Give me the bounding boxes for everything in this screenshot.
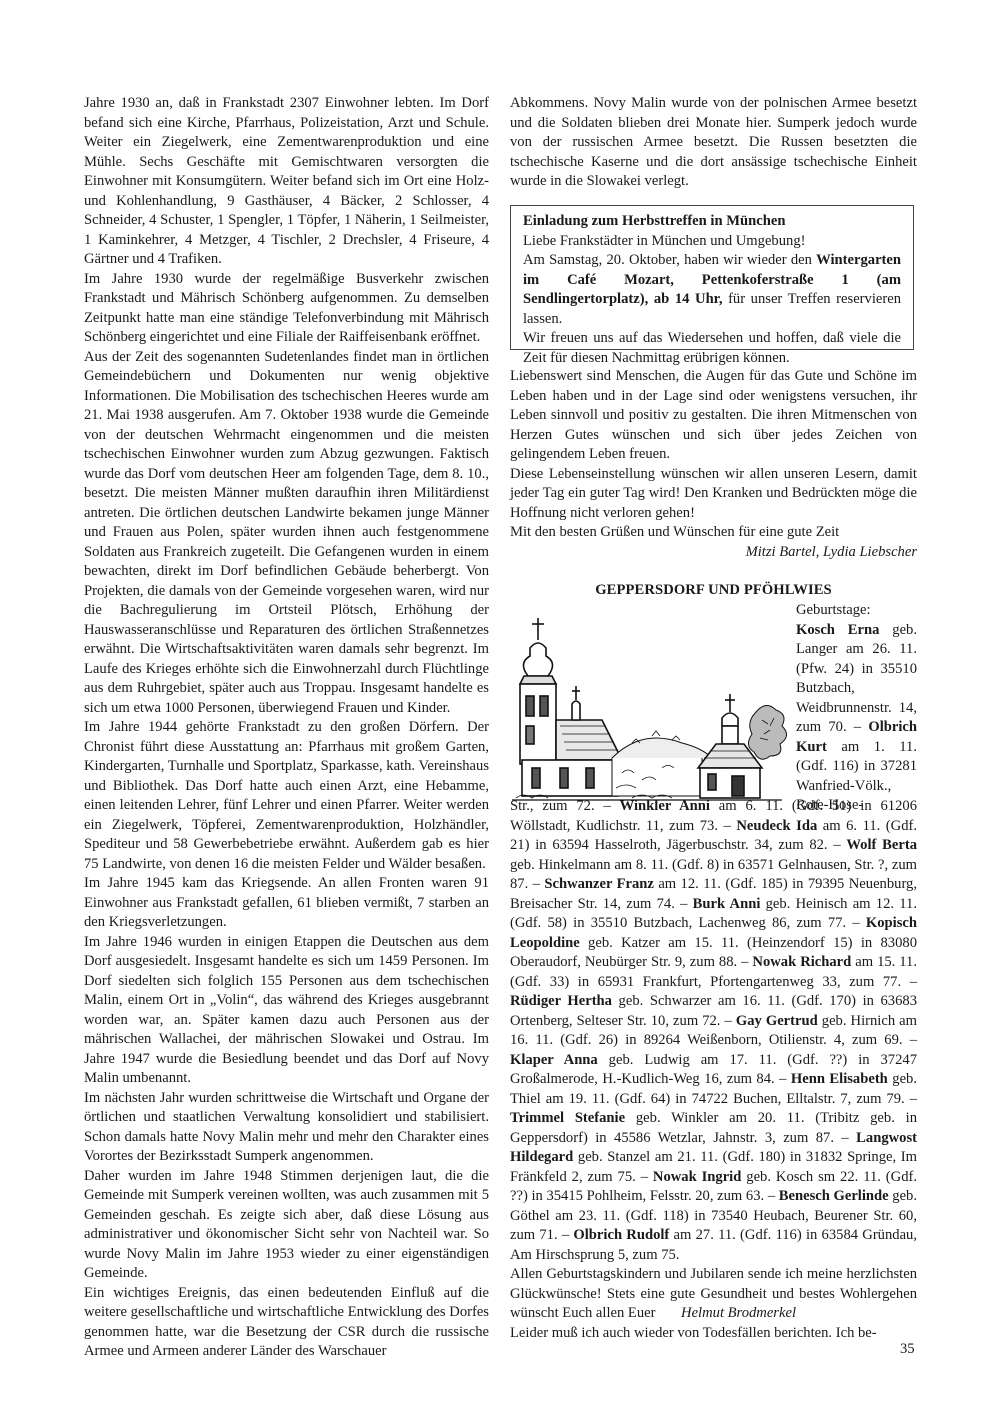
paragraph: Jahre 1930 an, daß in Frankstadt 2307 Ei…	[84, 94, 489, 270]
paragraph: Im Jahre 1946 wurden in einigen Etappen …	[84, 933, 489, 1089]
paragraph: Abkommens. Novy Malin wurde von der poln…	[510, 94, 917, 192]
section-title: GEPPERSDORF UND PFÖHLWIES	[510, 582, 917, 599]
paragraph: Diese Lebenseinstellung wünschen wir all…	[510, 465, 917, 524]
page-number: 35	[900, 1341, 915, 1358]
paragraph: Im nächsten Jahr wurden schrittweise die…	[84, 1089, 489, 1167]
invitation-closing: Wir freuen uns auf das Wiedersehen und h…	[523, 329, 901, 368]
right-column-intro: Abkommens. Novy Malin wurde von der poln…	[510, 94, 917, 192]
paragraph: Im Jahre 1944 gehörte Frankstadt zu den …	[84, 718, 489, 874]
birthday-entries: Str., zum 72. – Winkler Anni am 6. 11. (…	[510, 797, 917, 1343]
invitation-title: Einladung zum Herbsttreffen in München	[523, 212, 901, 232]
final-line: Leider muß ich auch wieder von Todesfäll…	[510, 1324, 917, 1344]
left-column: Jahre 1930 an, daß in Frankstadt 2307 Ei…	[84, 94, 489, 1362]
birthdays-label: Geburtstage:	[796, 601, 917, 621]
invitation-greeting: Liebe Frankstädter in München und Umgebu…	[523, 232, 901, 252]
paragraph: Daher wurden im Jahre 1948 Stimmen derje…	[84, 1167, 489, 1284]
birthday-entries-start: Kosch Erna geb. Langer am 26. 11. (Pfw. …	[796, 621, 917, 816]
invitation-details: Am Samstag, 20. Oktober, haben wir wiede…	[523, 251, 901, 329]
birthday-intro: Geburtstage: Kosch Erna geb. Langer am 2…	[796, 601, 917, 816]
paragraph: Im Jahre 1930 wurde der regelmäßige Busv…	[84, 270, 489, 348]
church-illustration-icon	[512, 608, 792, 808]
paragraph: Liebenswert sind Menschen, die Augen für…	[510, 367, 917, 465]
wishes: Allen Geburtstagskindern und Jubilaren s…	[510, 1265, 917, 1324]
paragraph: Mit den besten Grüßen und Wünschen für e…	[510, 523, 917, 543]
wishes-signature: Helmut Brodmerkel	[681, 1305, 796, 1321]
paragraph: Ein wichtiges Ereignis, das einen bedeut…	[84, 1284, 489, 1362]
birthday-list: Str., zum 72. – Winkler Anni am 6. 11. (…	[510, 797, 917, 1265]
invitation-box: Einladung zum Herbsttreffen in München L…	[510, 205, 914, 350]
greeting-block: Liebenswert sind Menschen, die Augen für…	[510, 367, 917, 562]
paragraph: Aus der Zeit des sogenannten Sudetenland…	[84, 348, 489, 719]
signature: Mitzi Bartel, Lydia Liebscher	[510, 543, 917, 563]
paragraph: Im Jahre 1945 kam das Kriegsende. An all…	[84, 874, 489, 933]
